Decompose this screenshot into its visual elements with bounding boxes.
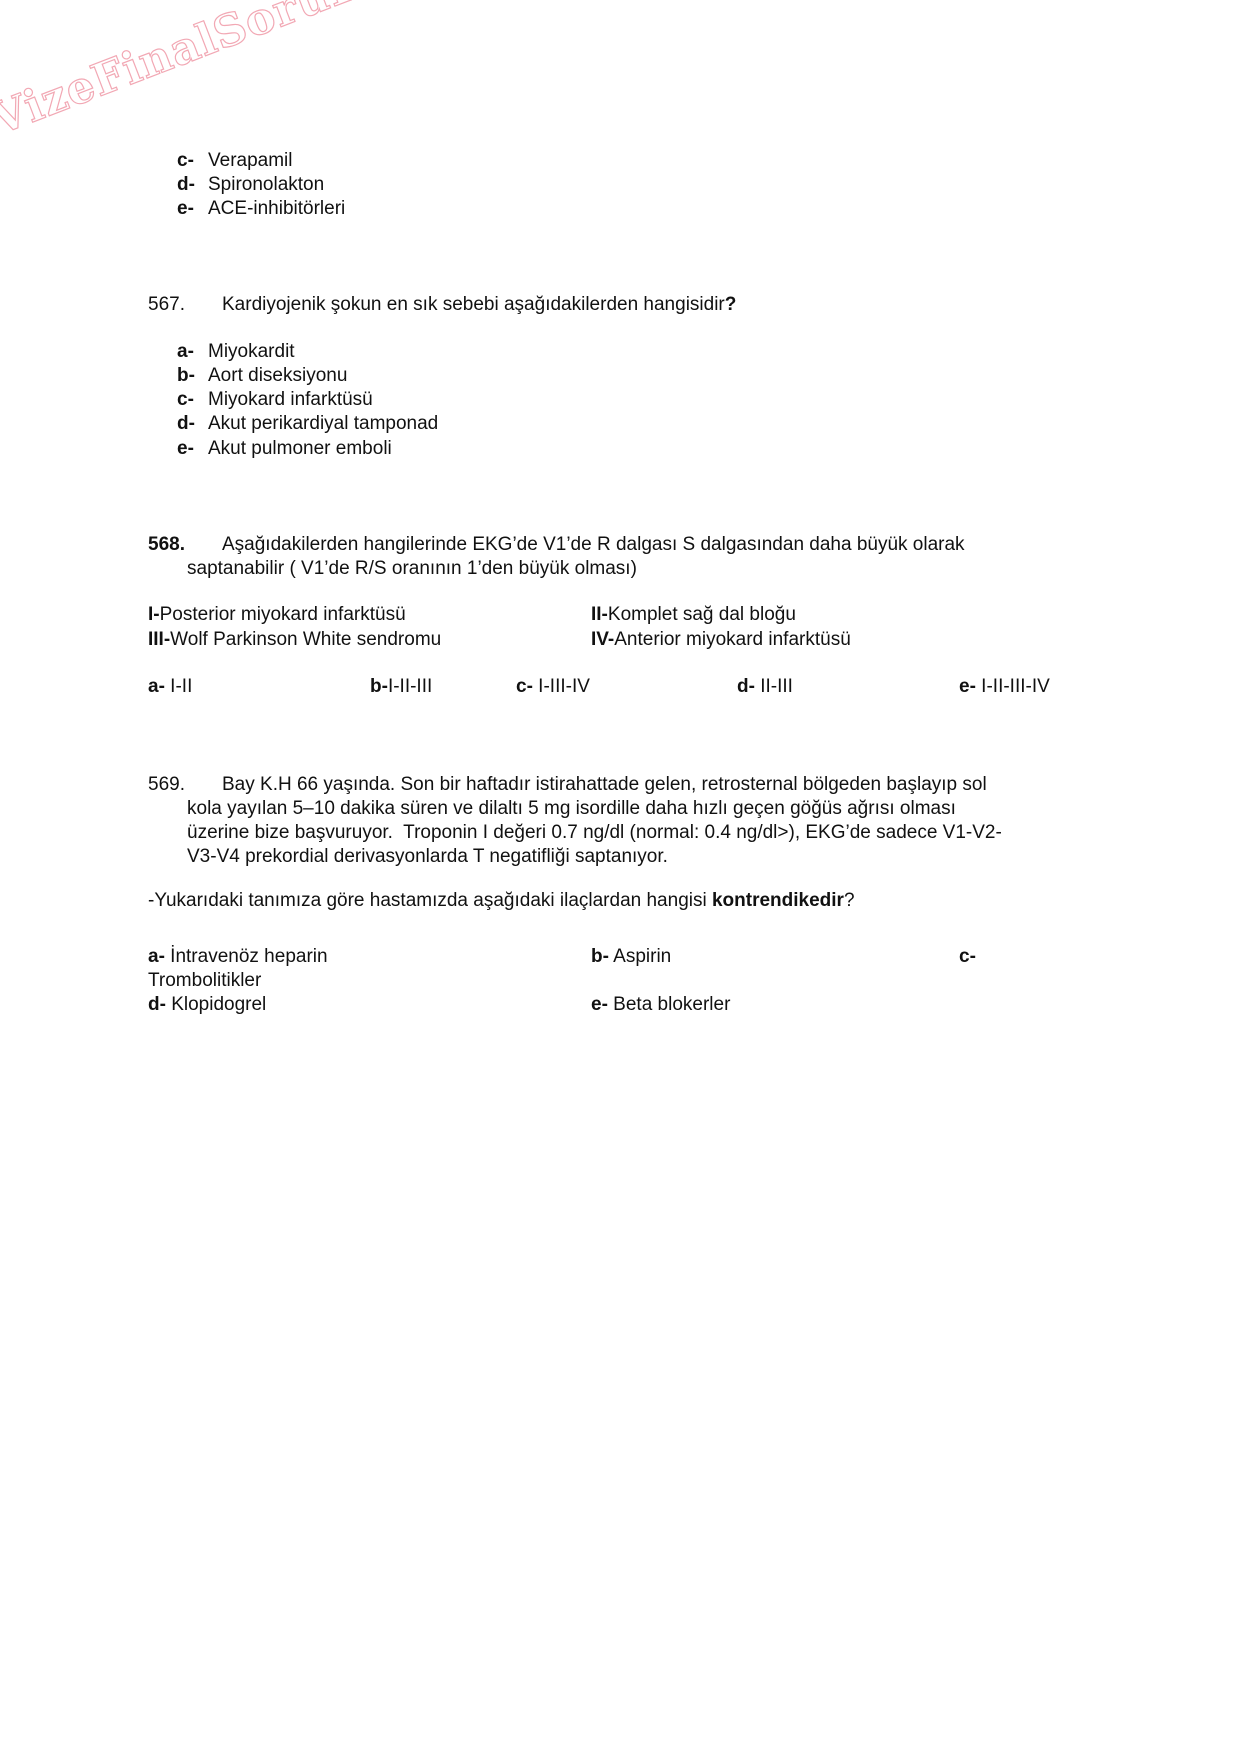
question-number: 568.: [148, 533, 185, 557]
option-e: e- Beta blokerler: [591, 993, 730, 1017]
watermark: VizeFinalSoruPaylasimi.com: [0, 0, 680, 145]
option-b: b-I-II-III: [370, 675, 432, 699]
question-text-line3: üzerine bize başvuruyor. Troponin I değe…: [187, 821, 1002, 845]
question-text-line4: V3-V4 prekordial derivasyonlarda T negat…: [187, 845, 668, 869]
option-b: b- Aspirin: [591, 945, 671, 969]
option-d: d- II-III: [737, 675, 793, 699]
statement-i: I-Posterior miyokard infarktüsü: [148, 603, 406, 627]
option-e: e-ACE-inhibitörleri: [177, 197, 345, 221]
option-e: e- I-II-III-IV: [959, 675, 1050, 699]
question-prompt: -Yukarıdaki tanımıza göre hastamızda aşa…: [148, 889, 855, 913]
option-d: d- Klopidogrel: [148, 993, 266, 1017]
option-a: a-Miyokardit: [177, 340, 295, 364]
option-d: d-Spironolakton: [177, 173, 324, 197]
statement-ii: II-Komplet sağ dal bloğu: [591, 603, 796, 627]
option-e: e-Akut pulmoner emboli: [177, 437, 392, 461]
option-c: c-: [959, 945, 976, 969]
question-text-line2: saptanabilir ( V1’de R/S oranının 1’den …: [187, 557, 637, 581]
question-text: Kardiyojenik şokun en sık sebebi aşağıda…: [222, 293, 736, 317]
statement-iii: III-Wolf Parkinson White sendromu: [148, 628, 441, 652]
statement-iv: IV-Anterior miyokard infarktüsü: [591, 628, 851, 652]
option-c-text: Trombolitikler: [148, 969, 261, 993]
question-text-line2: kola yayılan 5–10 dakika süren ve dilalt…: [187, 797, 956, 821]
option-a: a- İntravenöz heparin: [148, 945, 328, 969]
option-c: c-Miyokard infarktüsü: [177, 388, 373, 412]
question-text-line1: Bay K.H 66 yaşında. Son bir haftadır ist…: [222, 773, 987, 797]
question-number: 569.: [148, 773, 185, 797]
option-b: b-Aort diseksiyonu: [177, 364, 347, 388]
question-number: 567.: [148, 293, 185, 317]
option-a: a- I-II: [148, 675, 192, 699]
option-c: c-Verapamil: [177, 149, 293, 173]
option-d: d-Akut perikardiyal tamponad: [177, 412, 438, 436]
option-c: c- I-III-IV: [516, 675, 590, 699]
question-text-line1: Aşağıdakilerden hangilerinde EKG’de V1’d…: [222, 533, 965, 557]
